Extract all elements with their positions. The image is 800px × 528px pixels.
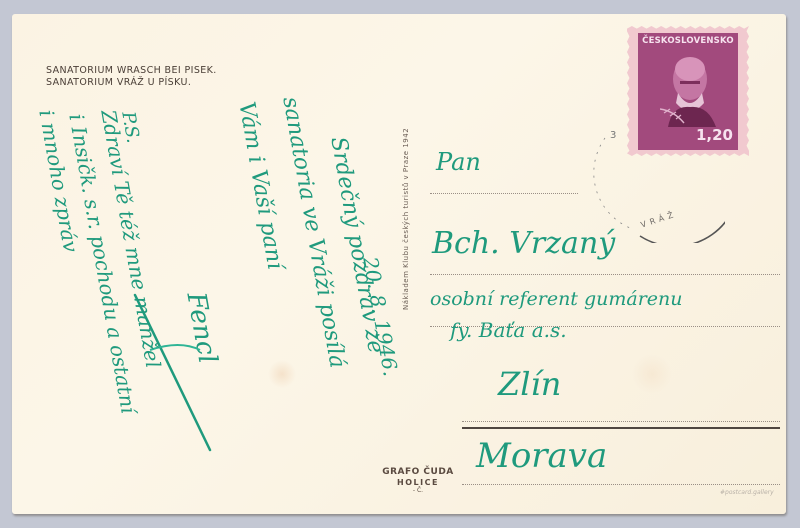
address-recipient: Bch. Vrzaný — [432, 226, 615, 261]
address-line-1 — [430, 193, 578, 194]
address-position: osobní referent gumárenu — [430, 288, 683, 310]
printed-title-czech: SANATORIUM VRÁŽ U PÍSKU. — [46, 77, 191, 88]
printer-country: - Č. — [378, 487, 458, 494]
address-city: Zlín — [498, 365, 561, 403]
stamp-value: 1,20 — [696, 126, 733, 144]
watermark: #postcard.gallery — [720, 489, 774, 496]
address-line-5 — [462, 484, 780, 485]
postage-stamp: ČESKOSLOVENSKO 1,20 — [627, 26, 749, 156]
portrait-stamp-icon — [660, 51, 720, 127]
address-region: Morava — [476, 436, 607, 476]
printed-title-german: SANATORIUM WRASCH BEI PISEK. — [46, 65, 217, 76]
printer-city: HOLICE — [378, 478, 458, 487]
printer-mark: GRAFO ČUDA HOLICE - Č. — [378, 467, 458, 494]
address-salutation: Pan — [436, 148, 481, 176]
address-rule — [462, 427, 780, 429]
address-line-4 — [462, 421, 780, 422]
stamp-country: ČESKOSLOVENSKO — [638, 36, 738, 46]
printer-name: GRAFO ČUDA — [378, 467, 458, 477]
address-line-2 — [430, 274, 780, 275]
publisher-line: Nákladem Klubu českých turistů v Praze 1… — [402, 128, 410, 310]
address-company: fy. Baťa a.s. — [450, 318, 567, 342]
svg-text:3: 3 — [610, 130, 616, 141]
